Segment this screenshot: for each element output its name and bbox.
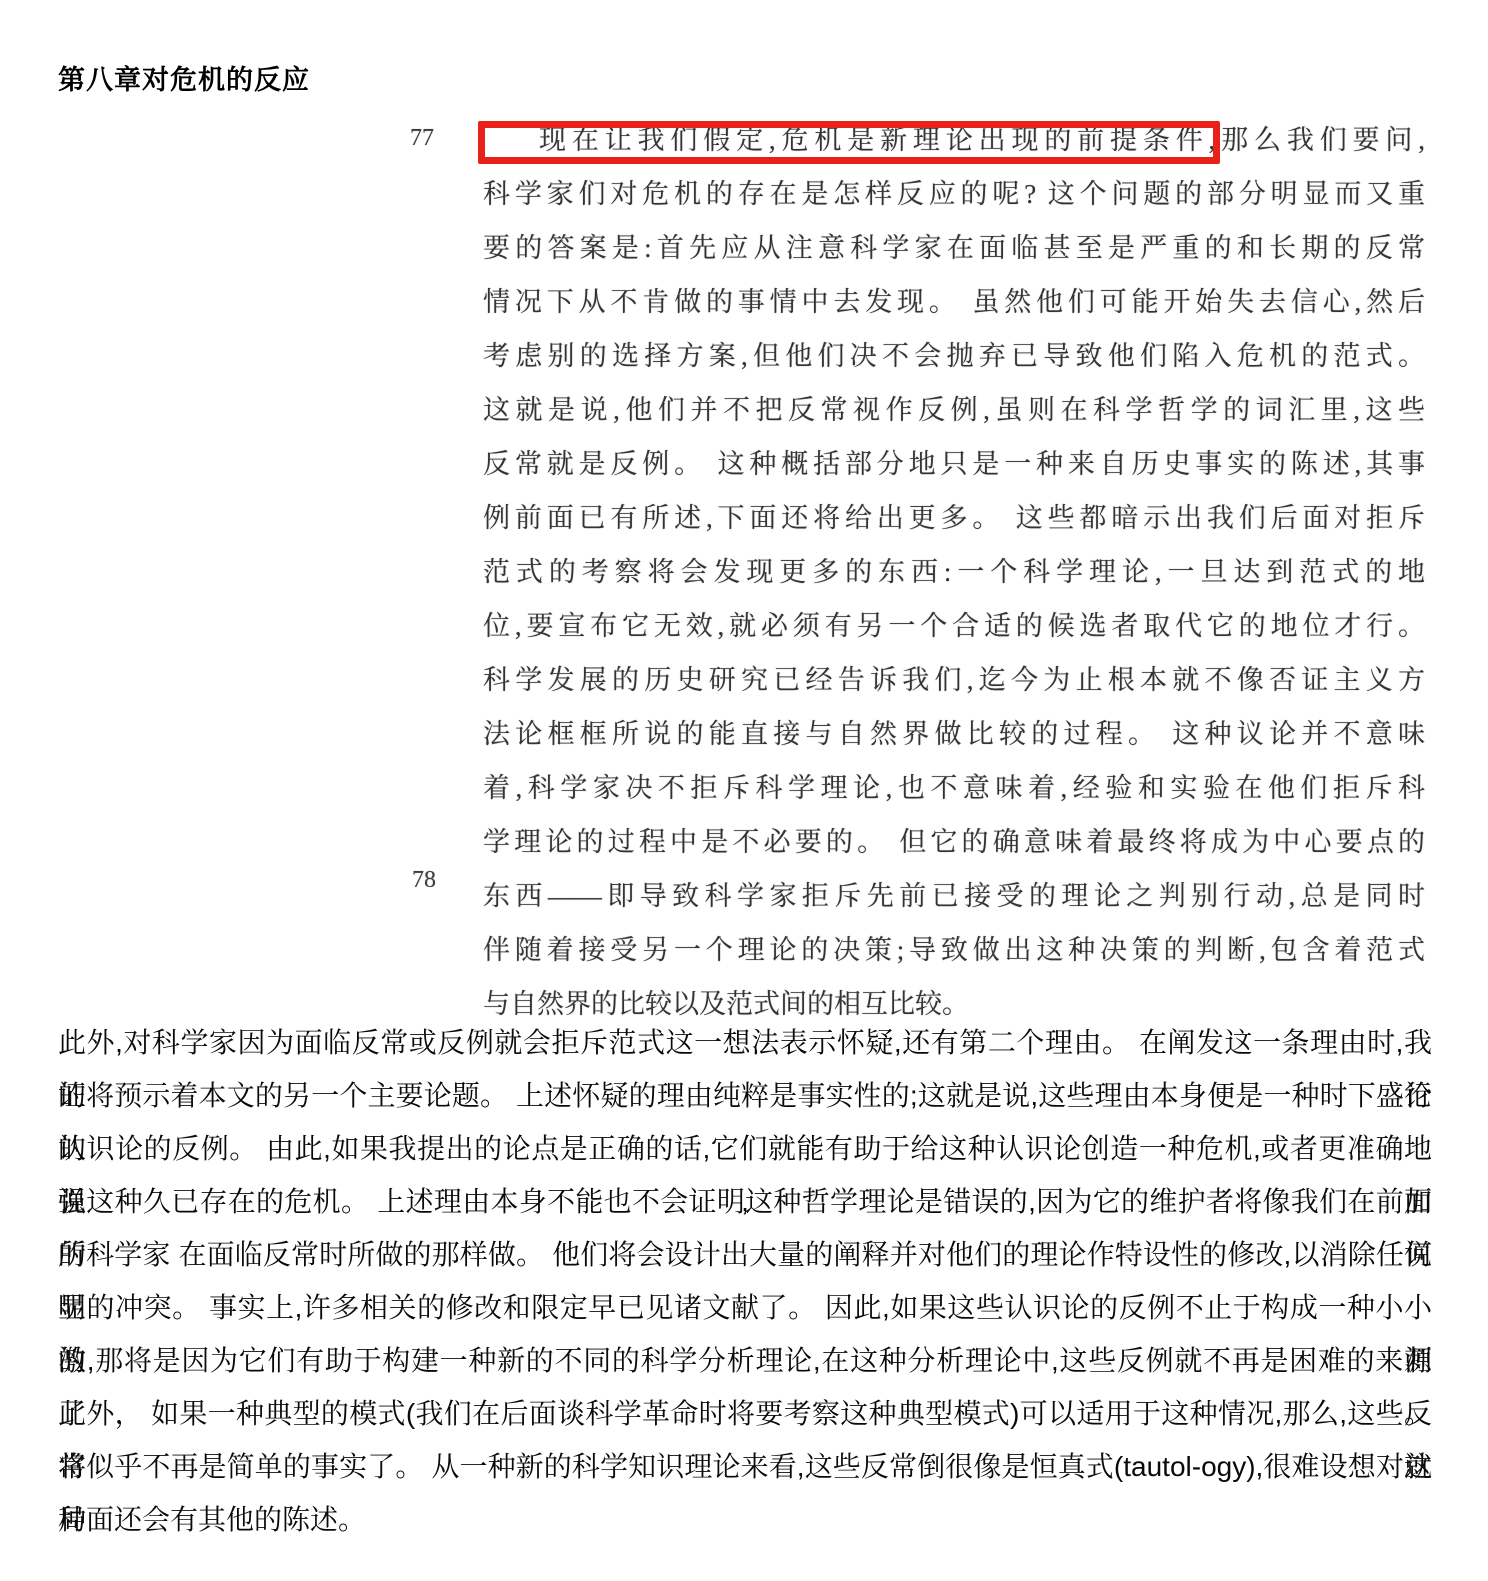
scan-line: 现在让我们假定,危机是新理论出现的前提条件,那么我们要问, [483, 113, 1425, 167]
body-line: 显的冲突。 事实上,许多相关的修改和限定早已见诸文献了。 因此,如果这些认识论的… [58, 1281, 1432, 1334]
scan-line: 要的答案是:首先应从注意科学家在面临甚至是严重的和长期的反常 [483, 221, 1425, 275]
scan-line: 考虑别的选择方案,但他们决不会抛弃已导致他们陷入危机的范式。 [483, 329, 1425, 383]
body-line: 认识论的反例。 由此,如果我提出的论点是正确的话,它们就能有助于给这种认识论创造… [58, 1122, 1432, 1175]
margin-page-number-77: 77 [410, 125, 434, 152]
body-line: 激,那将是因为它们有助于构建一种新的不同的科学分析理论,在这种分析理论中,这些反… [58, 1334, 1432, 1387]
body-line: 的科学家 在面临反常时所做的那样做。 他们将会设计出大量的阐释并对他们的理论作特… [58, 1228, 1432, 1281]
scan-line: 位,要宣布它无效,就必须有另一个合适的候选者取代它的地位才行。 [483, 599, 1425, 653]
scanned-book-text: 现在让我们假定,危机是新理论出现的前提条件,那么我们要问, 科学家们对危机的存在… [483, 113, 1425, 1031]
margin-page-number-78: 78 [412, 867, 436, 894]
scan-line: 这就是说,他们并不把反常视作反例,虽则在科学哲学的词汇里,这些 [483, 383, 1425, 437]
body-line: 局面还会有其他的陈述。 [58, 1493, 1432, 1546]
scan-line: 着,科学家决不拒斥科学理论,也不意味着,经验和实验在他们拒斥科 [483, 761, 1425, 815]
page-title: 第八章对危机的反应 [58, 58, 310, 97]
scan-line: 科学发展的历史研究已经告诉我们,迄今为止根本就不像否证主义方 [483, 653, 1425, 707]
scan-line: 反常就是反例。 这种概括部分地只是一种来自历史事实的陈述,其事 [483, 437, 1425, 491]
typed-paragraph: 此外,对科学家因为面临反常或反例就会拒斥范式这一想法表示怀疑,还有第二个理由。 … [58, 1016, 1432, 1546]
body-line: 强这种久已存在的危机。 上述理由本身不能也不会证明这种哲学理论是错误的,因为它的… [58, 1175, 1432, 1228]
body-line: 此外， 如果一种典型的模式(我们在后面谈科学革命时将要考察这种典型模式)可以适用… [58, 1387, 1432, 1440]
scan-line: 例前面已有所述,下面还将给出更多。 这些都暗示出我们后面对拒斥 [483, 491, 1425, 545]
scan-line: 东西——即导致科学家拒斥先前已接受的理论之判别行动,总是同时 [483, 869, 1425, 923]
scan-line: 范式的考察将会发现更多的东西:一个科学理论,一旦达到范式的地 [483, 545, 1425, 599]
scan-line: 法论框框所说的能直接与自然界做比较的过程。 这种议论并不意味 [483, 707, 1425, 761]
body-line: 此外,对科学家因为面临反常或反例就会拒斥范式这一想法表示怀疑,还有第二个理由。 … [58, 1016, 1432, 1069]
scan-line: 伴随着接受另一个理论的决策;导致做出这种决策的判断,包含着范式 [483, 923, 1425, 977]
scan-line: 科学家们对危机的存在是怎样反应的呢? 这个问题的部分明显而又重 [483, 167, 1425, 221]
scan-line: 学理论的过程中是不必要的。 但它的确意味着最终将成为中心要点的 [483, 815, 1425, 869]
body-line: 将似乎不再是简单的事实了。 从一种新的科学知识理论来看,这些反常倒很像是恒真式(… [58, 1440, 1432, 1493]
scan-line: 情况下从不肯做的事情中去发现。 虽然他们可能开始失去信心,然后 [483, 275, 1425, 329]
body-line: 证将预示着本文的另一个主要论题。 上述怀疑的理由纯粹是事实性的;这就是说,这些理… [58, 1069, 1432, 1122]
